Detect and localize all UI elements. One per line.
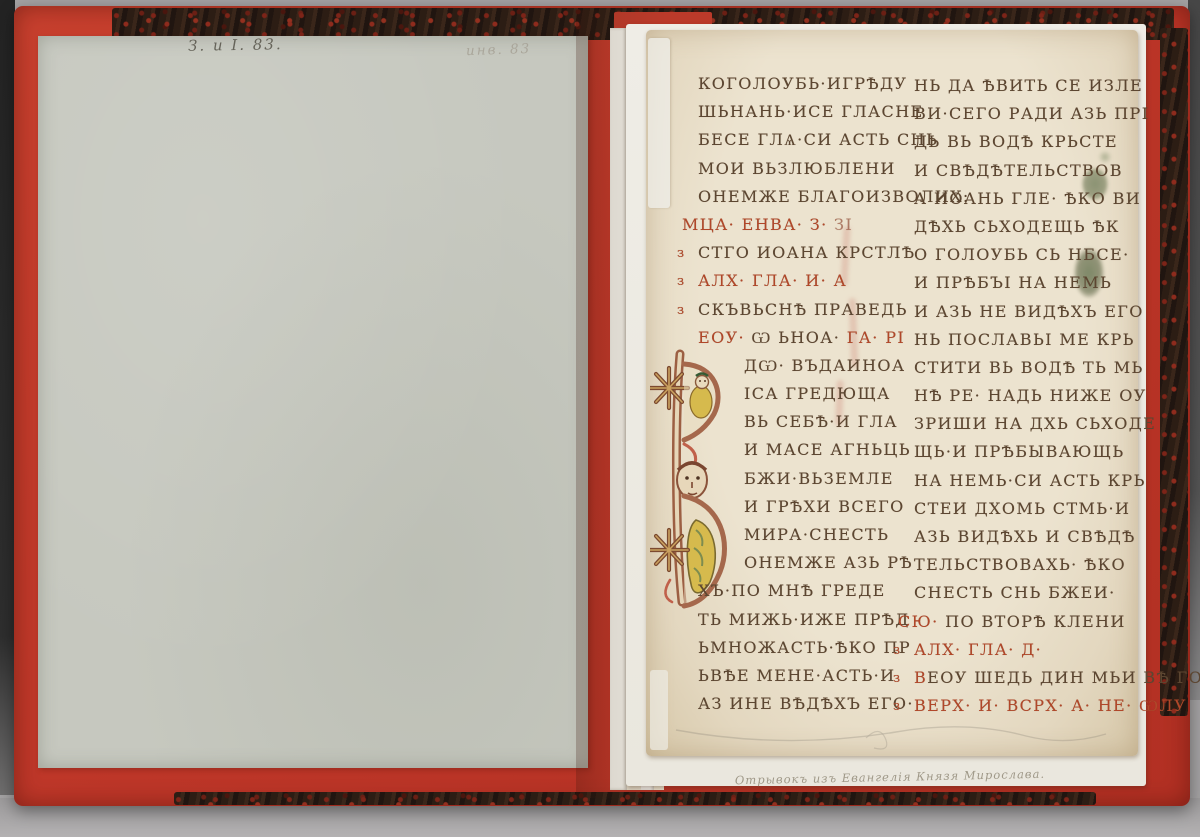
body-text: СТИТИ ВЬ ВОДѢ ТЬ МЬ (914, 358, 1144, 377)
rubric-text: В (914, 668, 927, 687)
manuscript-line: АЗЬ ВИДѢХЬ И СВѢДѢ (914, 523, 1200, 551)
body-text: ОНЕМЖЕ АЗЬ РѢ (744, 553, 913, 572)
body-text: ЬМНОЖАСТЬ·ѢКО ПР (698, 638, 911, 657)
manuscript-line: ДЬ ВЬ ВОДѢ КРЬСТЕ (914, 128, 1200, 156)
body-text: БЕСЕ ГЛѦ·СИ АСТЬ СНЬ (698, 130, 938, 149)
pencil-inventory-number: инв. 83 (466, 41, 532, 59)
body-text: СНЕСТЬ СНЬ БЖЕИ· (914, 583, 1116, 602)
manuscript-line: СЮ· ПО ВТОРѢ КЛЕНИ (898, 608, 1200, 636)
manuscript-line: И ПРѢБЪІ НА НЕМЬ (914, 269, 1200, 297)
parchment-leaf: КОГОЛОУБЬ·ИГРѢДУШЬНАНЬ·ИСЕ ГЛАСНЕБЕСЕ ГЛ… (646, 30, 1138, 756)
body-text: МИРА·СНЕСТЬ (744, 525, 889, 544)
rubric-margin-mark: з (893, 665, 902, 693)
body-text: СТЕИ ДХОМЬ СТМЬ·И (914, 499, 1130, 518)
body-text: ПО ВТОРѢ КЛЕНИ (945, 612, 1126, 631)
rubric-text: ГА· РІ (847, 328, 905, 347)
rubric-text: МЦА· ЕНВА· З· (682, 215, 834, 234)
body-text: ДѠ· ВЪДАИНОА (744, 356, 905, 375)
body-text: И ГРѢХИ ВСЕГО (744, 497, 905, 516)
manuscript-line: зАЛХ· ГЛА· Д· (914, 636, 1200, 664)
manuscript-line: НА НЕМЬ·СИ АСТЬ КРЬ (914, 467, 1200, 495)
body-text: НЬ ДА ѢВИТЬ СЕ ИЗЛЕ (914, 76, 1143, 95)
manuscript-scan: З. и I. 83. инв. 83 (0, 0, 1200, 837)
manuscript-line: НЬ ПОСЛАВЬІ МЕ КРЬ (914, 326, 1200, 354)
manuscript-line: НЬ ДА ѢВИТЬ СЕ ИЗЛЕ (914, 72, 1200, 100)
manuscript-line: ТЕЛЬСТВОВАХЬ· ѢКО (914, 551, 1200, 579)
body-text: АЗЬ ВИДѢХЬ И СВѢДѢ (914, 527, 1136, 546)
body-text: НѢ РЕ· НАДЬ НИЖЕ ОУ (914, 386, 1147, 405)
manuscript-line: СТИТИ ВЬ ВОДѢ ТЬ МЬ (914, 354, 1200, 382)
body-text: КОГОЛОУБЬ·ИГРѢДУ (698, 74, 907, 93)
body-text: И АЗЬ НЕ ВИДѢХЪ ЕГО (914, 302, 1144, 321)
body-text: ДЬ ВЬ ВОДѢ КРЬСТЕ (914, 132, 1118, 151)
manuscript-line: НѢ РЕ· НАДЬ НИЖЕ ОУ (914, 382, 1200, 410)
manuscript-line: А ИОАНЬ ГЛЕ· ѢКО ВИ (914, 185, 1200, 213)
manuscript-line: ВИ·СЕГО РАДИ АЗЬ ПРІ (914, 100, 1200, 128)
pencil-flourish (666, 712, 1116, 754)
rubric-margin-mark: з (677, 297, 686, 325)
manuscript-line: И СВѢДѢТЕЛЬСТВОВ (914, 157, 1200, 185)
text-column-2: НЬ ДА ѢВИТЬ СЕ ИЗЛЕВИ·СЕГО РАДИ АЗЬ ПРІД… (914, 72, 1200, 720)
body-text: И МАСЕ АГНЬЦЬ (744, 440, 911, 459)
pencil-shelfmark: З. и I. 83. (188, 35, 283, 55)
rubric-text: СЮ· (898, 612, 945, 631)
manuscript-line: О ГОЛОУБЬ СЬ НБСЕ· (914, 241, 1200, 269)
rubric-text: ЕОУ· (698, 328, 752, 347)
left-endpaper: З. и I. 83. инв. 83 (38, 36, 588, 768)
body-text: ТЕЛЬСТВОВАХЬ· ѢКО (914, 555, 1126, 574)
manuscript-line: ЗРИШИ НА ДХЬ СЬХОДЕ (914, 410, 1200, 438)
page-edge-strip (610, 28, 627, 790)
manuscript-line: И АЗЬ НЕ ВИДѢХЪ ЕГО (914, 298, 1200, 326)
body-text: АЗ ИНЕ ВѢДѢХЪ ЕГО· (698, 694, 914, 713)
rubric-text: АЛХ· ГЛА· И· А (698, 271, 847, 290)
scanner-background-left (0, 0, 15, 795)
rubric-text: АЛХ· ГЛА· Д· (914, 640, 1042, 659)
rubric-margin-mark: з (677, 268, 686, 296)
body-text: ЬВѢЕ МЕНЕ·АСТЬ·И (698, 666, 896, 685)
rubric-margin-mark: з (677, 240, 686, 268)
body-text: НА НЕМЬ·СИ АСТЬ КРЬ (914, 471, 1146, 490)
marbled-cover-edge-bottom (174, 792, 1096, 805)
body-text: ЗІ (834, 215, 853, 234)
body-text: МОИ ВЬЗЛЮБЛЕНИ (698, 159, 896, 178)
body-text: СТГО ИОАНА КРСТЛѢ (698, 243, 915, 262)
manuscript-line: СТЕИ ДХОМЬ СТМЬ·И (914, 495, 1200, 523)
body-text: ІСА ГРЕДЮЩА (744, 384, 891, 403)
body-text: О ГОЛОУБЬ СЬ НБСЕ· (914, 245, 1130, 264)
body-text: БЖИ·ВЬЗЕМЛЕ (744, 469, 894, 488)
body-text: ВЬ СЕБѢ·И ГЛА (744, 412, 898, 431)
manuscript-line: ЩЬ·И ПРѢБЫВАЮЩЬ (914, 438, 1200, 466)
body-text: ДѢХЬ СЬХОДЕЩЬ ѢК (914, 217, 1120, 236)
body-text: А ИОАНЬ ГЛЕ· ѢКО ВИ (914, 189, 1141, 208)
body-text: ЗРИШИ НА ДХЬ СЬХОДЕ (914, 414, 1156, 433)
body-text: СКЪВЬСНѢ ПРАВЕДЬ (698, 300, 908, 319)
body-text: НЬ ПОСЛАВЬІ МЕ КРЬ (914, 330, 1135, 349)
manuscript-line: зВЕОУ ШЕДЬ ДИН МЬИ ВѢ ГО· (914, 664, 1200, 692)
body-text: Ѡ ЬНОА· (752, 328, 847, 347)
rubric-margin-mark: з (893, 637, 902, 665)
manuscript-line: ДѢХЬ СЬХОДЕЩЬ ѢК (914, 213, 1200, 241)
manuscript-line: СНЕСТЬ СНЬ БЖЕИ· (914, 579, 1200, 607)
body-text: ЕОУ ШЕДЬ ДИН МЬИ ВѢ ГО· (927, 668, 1200, 687)
body-text: И ПРѢБЪІ НА НЕМЬ (914, 273, 1112, 292)
body-text: ШЬНАНЬ·ИСЕ ГЛАСНЕ (698, 102, 924, 121)
repair-strip (648, 38, 670, 208)
body-text: И СВѢДѢТЕЛЬСТВОВ (914, 161, 1123, 180)
body-text: ТЬ МИЖЬ·ИЖЕ ПРѢД (698, 610, 910, 629)
body-text: ЩЬ·И ПРѢБЫВАЮЩЬ (914, 442, 1125, 461)
body-text: ХЪ·ПО МНѢ ГРЕДЕ (698, 581, 886, 600)
body-text: ВИ·СЕГО РАДИ АЗЬ ПРІ (914, 104, 1149, 123)
